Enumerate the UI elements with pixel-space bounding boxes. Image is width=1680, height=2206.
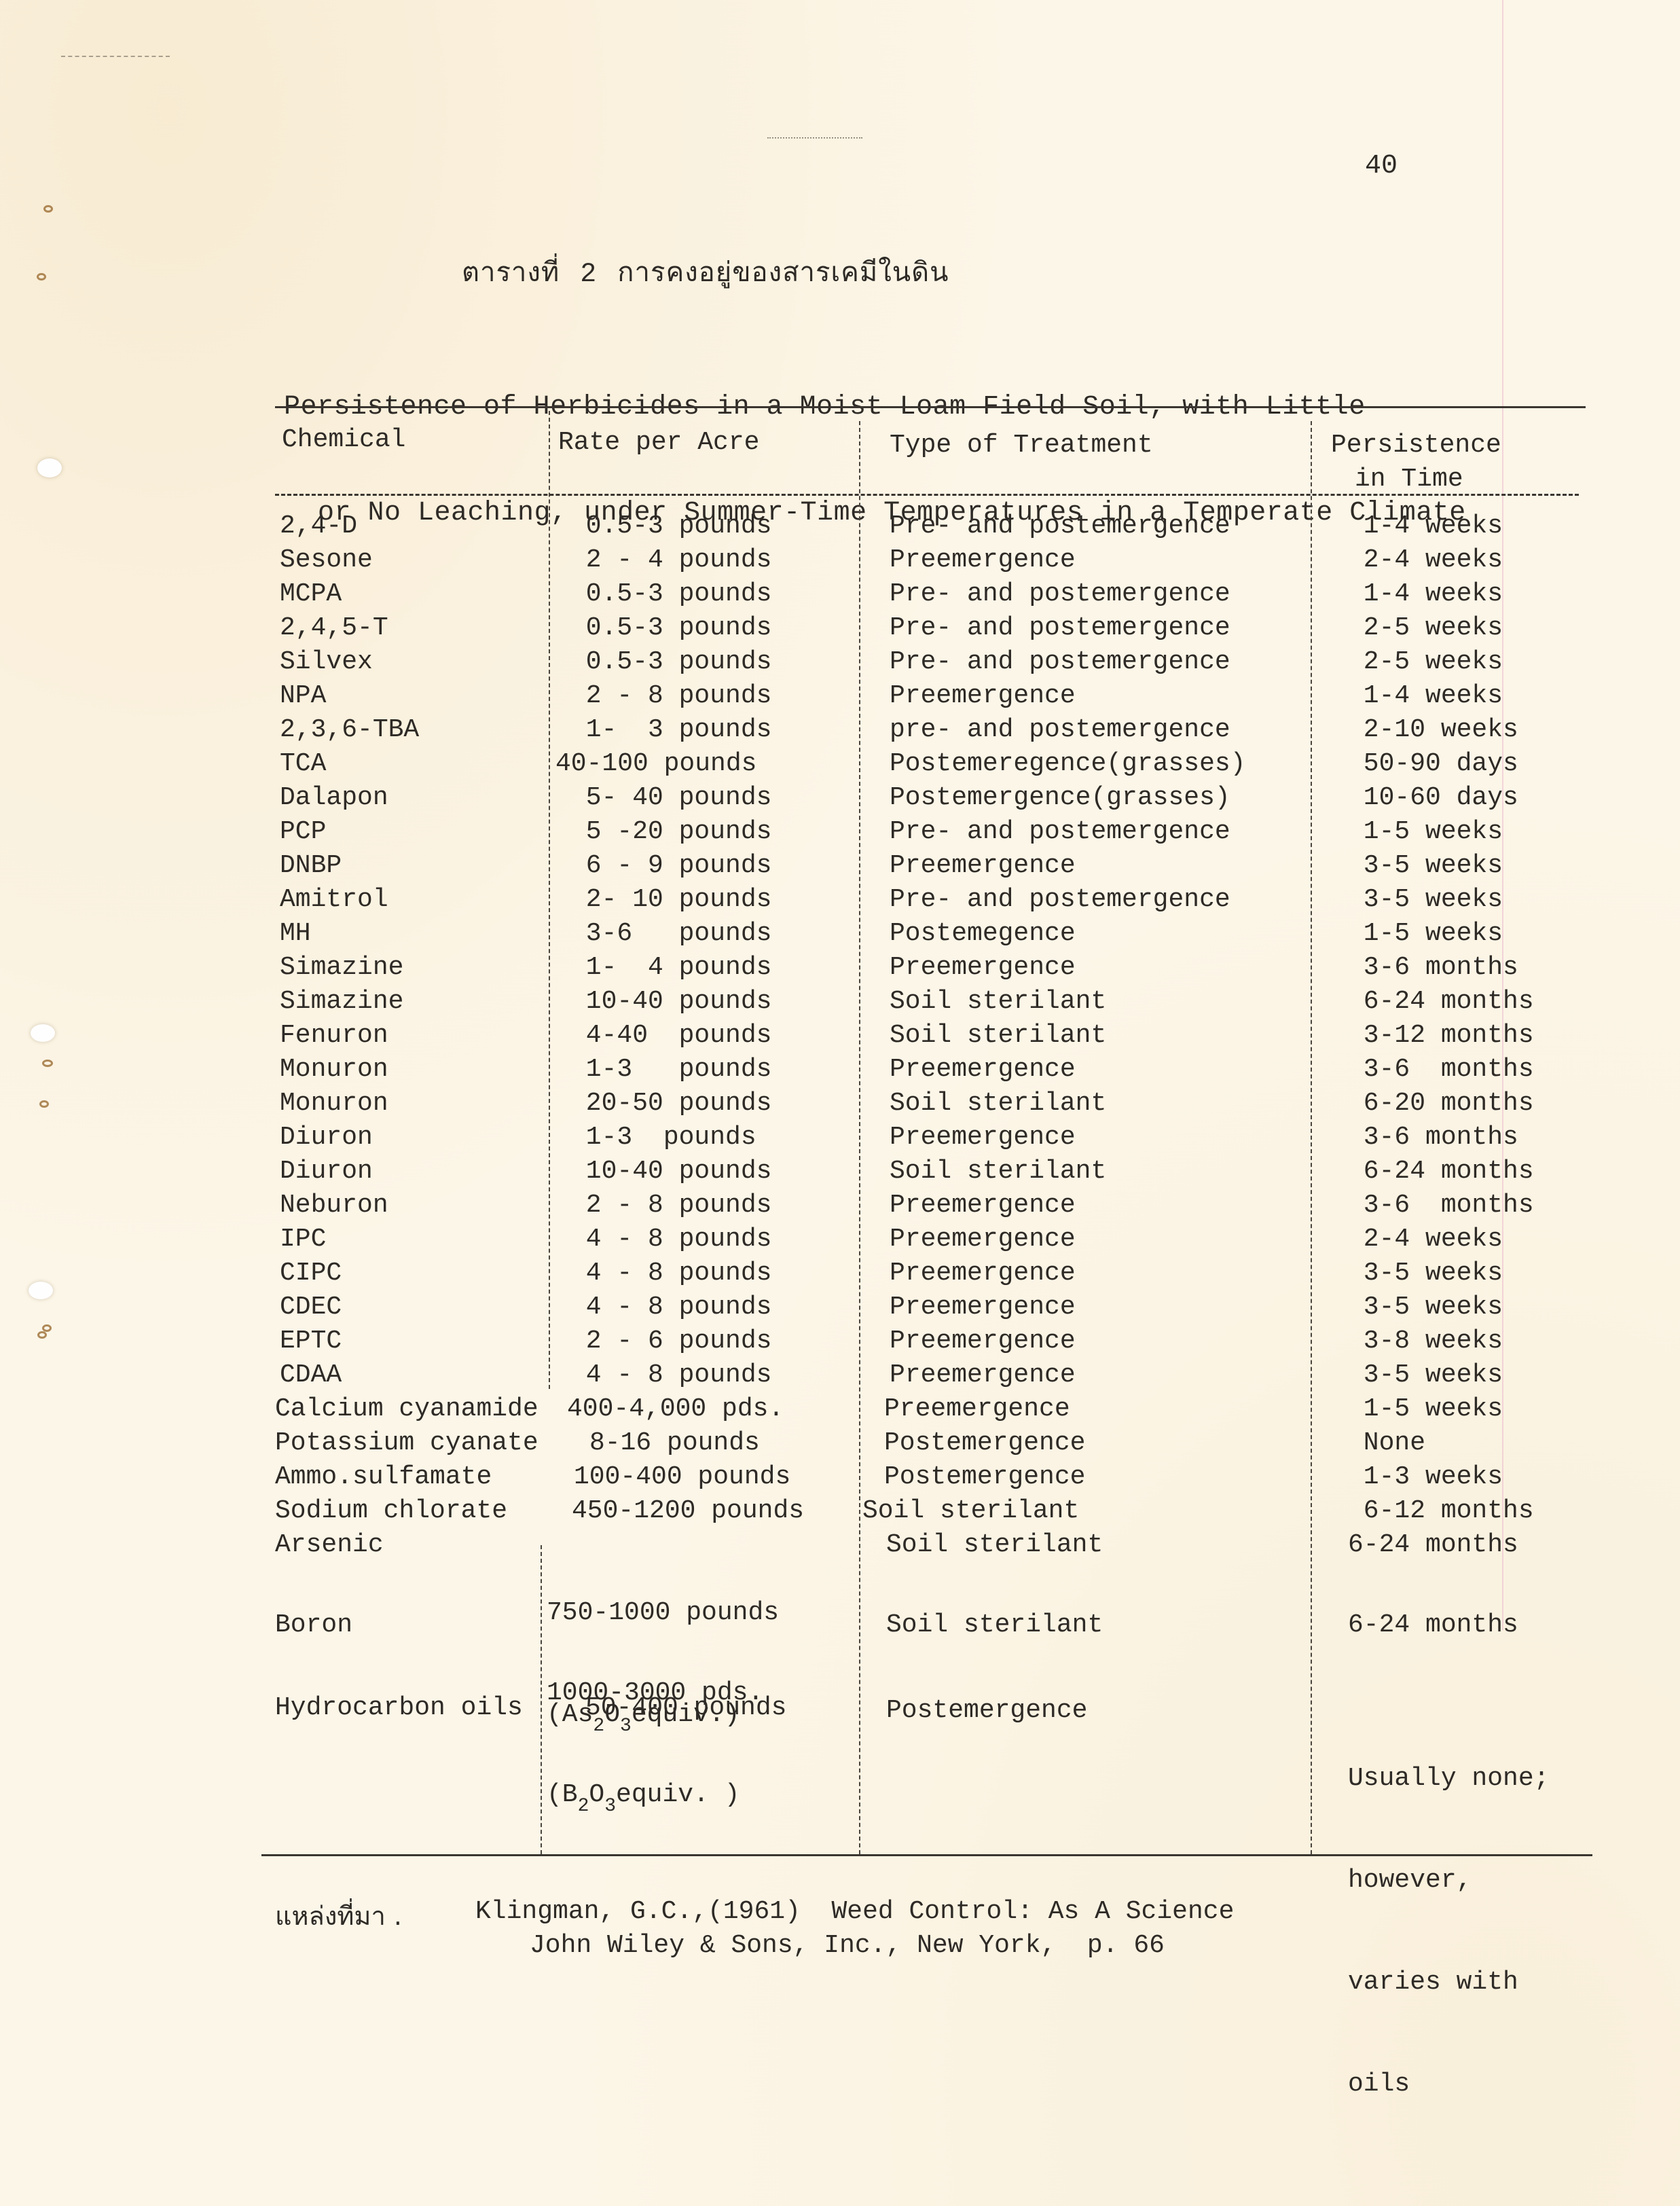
rate-cell: 0.5-3 pounds — [570, 645, 771, 679]
scanned-page: 40 ตารางที่2การคงอยู่ของสารเคมีในดิน Per… — [0, 0, 1680, 2206]
persistence-cell: 1-5 weeks — [1348, 815, 1503, 849]
persistence-cell: 2-5 weeks — [1348, 645, 1503, 679]
rate-cell: 10-40 pounds — [570, 1155, 771, 1189]
treatment-cell: Pre- and postemergence — [890, 645, 1230, 679]
rate-cell: 100-400 pounds — [574, 1460, 790, 1494]
chemical-cell: CDEC — [280, 1290, 342, 1324]
table-row: PCP 5 -20 poundsPre- and postemergence 1… — [0, 815, 1680, 849]
rate-cell: 0.5-3 pounds — [570, 577, 771, 611]
treatment-cell: Preemergence — [890, 679, 1076, 713]
table-row: Ammo.sulfamate100-400 poundsPostemergenc… — [0, 1460, 1680, 1494]
rate-cell: 1-3 pounds — [570, 1121, 756, 1155]
persistence-cell: 3-5 weeks — [1348, 1256, 1503, 1290]
rate-cell: 10-40 pounds — [570, 985, 771, 1019]
chemical-cell: MH — [280, 917, 311, 951]
persistence-cell: 6-20 months — [1348, 1087, 1534, 1121]
treatment-cell: Preemergence — [890, 849, 1076, 883]
thai-title-text: การคงอยู่ของสารเคมีในดิน — [617, 257, 949, 288]
table-row: Silvex 0.5-3 poundsPre- and postemergenc… — [0, 645, 1680, 679]
rate-cell: 2 - 6 pounds — [570, 1324, 771, 1358]
table-row: 2,4,5-T 0.5-3 poundsPre- and postemergen… — [0, 611, 1680, 645]
rate-cell: 1- 4 pounds — [570, 951, 771, 985]
source-citation-line2: John Wiley & Sons, Inc., New York, p. 66 — [530, 1929, 1165, 1963]
chemical-cell: Sesone — [280, 543, 373, 577]
source-label: แหล่งที่มา . — [275, 1895, 402, 1936]
persistence-cell: 1-5 weeks — [1348, 917, 1503, 951]
chemical-cell: Fenuron — [280, 1019, 388, 1053]
boron-chemical: Boron — [275, 1608, 352, 1642]
chemical-cell: TCA — [280, 747, 326, 781]
table-row: IPC 4 - 8 poundsPreemergence 2-4 weeks — [0, 1223, 1680, 1256]
table-row: Diuron 10-40 poundsSoil sterilant 6-24 m… — [0, 1155, 1680, 1189]
thai-table-label: ตารางที่ — [462, 257, 560, 288]
treatment-cell: Pre- and postemergence — [890, 611, 1230, 645]
chemical-cell: 2,4,5-T — [280, 611, 388, 645]
table-number: 2 — [580, 259, 597, 290]
rate-cell: 6 - 9 pounds — [570, 849, 771, 883]
chemical-cell: DNBP — [280, 849, 342, 883]
chemical-cell: Calcium cyanamide — [275, 1392, 538, 1426]
persistence-cell: 3-12 months — [1348, 1019, 1534, 1053]
rate-cell: 20-50 pounds — [570, 1087, 771, 1121]
table-row: 2,4-D 0.5-3 poundsPre- and postemergence… — [0, 509, 1680, 543]
chemical-cell: Neburon — [280, 1189, 388, 1223]
scan-artifact-mark — [767, 137, 862, 139]
treatment-cell: Preemergence — [890, 1256, 1076, 1290]
persistence-cell: 3-6 months — [1348, 1121, 1518, 1155]
rate-cell: 8-16 pounds — [589, 1426, 760, 1460]
persistence-cell: 10-60 days — [1348, 781, 1518, 815]
boron-rate-line2: (B2O3equiv. ) — [547, 1778, 763, 1814]
persistence-cell: 3-5 weeks — [1348, 883, 1503, 917]
table-row: CIPC 4 - 8 poundsPreemergence 3-5 weeks — [0, 1256, 1680, 1290]
table-row: Sesone 2 - 4 poundsPreemergence 2-4 week… — [0, 543, 1680, 577]
table-row: EPTC 2 - 6 poundsPreemergence 3-8 weeks — [0, 1324, 1680, 1358]
rate-cell: 4 - 8 pounds — [570, 1290, 771, 1324]
chemical-cell: CIPC — [280, 1256, 342, 1290]
chemical-cell: 2,3,6-TBA — [280, 713, 419, 747]
treatment-cell: Pre- and postemergence — [890, 883, 1230, 917]
treatment-cell: Soil sterilant — [890, 1019, 1106, 1053]
table-row: Potassium cyanate8-16 poundsPostemergenc… — [0, 1426, 1680, 1460]
paper-speck — [37, 273, 46, 281]
table-row: Monuron 1-3 poundsPreemergence 3-6 month… — [0, 1053, 1680, 1087]
chemical-cell: Simazine — [280, 951, 403, 985]
persistence-cell: 3-6 months — [1348, 951, 1518, 985]
rate-cell: 4 - 8 pounds — [570, 1223, 771, 1256]
chemical-cell: EPTC — [280, 1324, 342, 1358]
treatment-cell: Preemergence — [890, 1189, 1076, 1223]
treatment-cell: Preemergence — [890, 1121, 1076, 1155]
boron-persistence: 6-24 months — [1348, 1608, 1518, 1642]
header-type-of-treatment: Type of Treatment — [890, 428, 1153, 463]
source-citation-line1: Klingman, G.C.,(1961) Weed Control: As A… — [475, 1895, 1234, 1929]
hydrocarbon-rate: 50-400 pounds — [585, 1691, 786, 1725]
treatment-cell: Soil sterilant — [890, 1155, 1106, 1189]
rate-cell: 4-40 pounds — [570, 1019, 771, 1053]
persistence-cell: 1-4 weeks — [1348, 679, 1503, 713]
hydrocarbon-chemical: Hydrocarbon oils — [275, 1691, 523, 1725]
persistence-cell: 50-90 days — [1348, 747, 1518, 781]
persistence-cell: 6-24 months — [1348, 985, 1534, 1019]
table-row: NPA 2 - 8 poundsPreemergence 1-4 weeks — [0, 679, 1680, 713]
rate-cell: 1- 3 pounds — [570, 713, 771, 747]
chemical-cell: Diuron — [280, 1155, 373, 1189]
table-top-rule — [275, 406, 1586, 408]
chemical-cell: Monuron — [280, 1053, 388, 1087]
treatment-cell: Pre- and postemergence — [890, 577, 1230, 611]
rate-cell: 4 - 8 pounds — [570, 1256, 771, 1290]
punch-hole — [37, 458, 62, 477]
chemical-cell: Sodium chlorate — [275, 1494, 507, 1528]
table-row: Calcium cyanamide400-4,000 pds.Preemerge… — [0, 1392, 1680, 1426]
table-row: Monuron 20-50 poundsSoil sterilant 6-20 … — [0, 1087, 1680, 1121]
table-row: TCA40-100 poundsPostemeregence(grasses) … — [0, 747, 1680, 781]
boron-treatment: Soil sterilant — [886, 1608, 1103, 1642]
header-persistence-line2: in Time — [1355, 462, 1463, 497]
rate-cell: 5- 40 pounds — [570, 781, 771, 815]
chemical-cell: PCP — [280, 815, 326, 849]
arsenic-treatment: Soil sterilant — [886, 1528, 1103, 1562]
chemical-cell: Amitrol — [280, 883, 388, 917]
persistence-cell: 6-24 months — [1348, 1155, 1534, 1189]
rate-cell: 3-6 pounds — [570, 917, 771, 951]
persistence-cell: 3-6 months — [1348, 1189, 1534, 1223]
table-row: DNBP 6 - 9 poundsPreemergence 3-5 weeks — [0, 849, 1680, 883]
table-row: Fenuron 4-40 poundsSoil sterilant 3-12 m… — [0, 1019, 1680, 1053]
rate-cell: 0.5-3 pounds — [570, 611, 771, 645]
paper-speck — [43, 205, 53, 213]
chemical-cell: Dalapon — [280, 781, 388, 815]
persistence-cell: 2-4 weeks — [1348, 543, 1503, 577]
treatment-cell: Pre- and postemergence — [890, 815, 1230, 849]
persistence-cell: 3-5 weeks — [1348, 1290, 1503, 1324]
thai-table-title: ตารางที่2การคงอยู่ของสารเคมีในดิน — [462, 250, 949, 293]
rate-cell: 2 - 4 pounds — [570, 543, 771, 577]
treatment-cell: Soil sterilant — [862, 1494, 1079, 1528]
rate-cell: 400-4,000 pds. — [567, 1392, 784, 1426]
table-row: Amitrol 2- 10 poundsPre- and postemergen… — [0, 883, 1680, 917]
rate-cell: 2- 10 pounds — [570, 883, 771, 917]
hydrocarbon-treatment: Postemergence — [886, 1694, 1087, 1728]
treatment-cell: Preemergence — [890, 543, 1076, 577]
treatment-cell: Postemergence(grasses) — [890, 781, 1230, 815]
persistence-cell: 1-4 weeks — [1348, 509, 1503, 543]
persistence-cell: 1-3 weeks — [1348, 1460, 1503, 1494]
chemical-cell: Simazine — [280, 985, 403, 1019]
header-chemical: Chemical — [282, 422, 405, 458]
rate-cell: 450-1200 pounds — [572, 1494, 804, 1528]
column-divider — [541, 1545, 542, 1854]
scan-artifact-mark — [61, 56, 170, 57]
persistence-cell: 3-6 months — [1348, 1053, 1534, 1087]
table-row: Diuron 1-3 poundsPreemergence 3-6 months — [0, 1121, 1680, 1155]
treatment-cell: Preemergence — [890, 1358, 1076, 1392]
arsenic-persistence: 6-24 months — [1348, 1528, 1518, 1562]
rate-cell: 1-3 pounds — [570, 1053, 771, 1087]
page-number: 40 — [1365, 151, 1398, 181]
table-row: MH 3-6 poundsPostemegence 1-5 weeks — [0, 917, 1680, 951]
table-row: Simazine 1- 4 poundsPreemergence 3-6 mon… — [0, 951, 1680, 985]
chemical-cell: Potassium cyanate — [275, 1426, 538, 1460]
chemical-cell: Diuron — [280, 1121, 373, 1155]
table-row: CDAA 4 - 8 poundsPreemergence 3-5 weeks — [0, 1358, 1680, 1392]
persistence-cell: 3-5 weeks — [1348, 849, 1503, 883]
rate-cell: 2 - 8 pounds — [570, 1189, 771, 1223]
persistence-cell: 3-5 weeks — [1348, 1358, 1503, 1392]
persistence-cell: 1-5 weeks — [1348, 1392, 1503, 1426]
treatment-cell: Preemergence — [890, 1324, 1076, 1358]
rate-cell: 5 -20 pounds — [570, 815, 771, 849]
chemical-cell: Monuron — [280, 1087, 388, 1121]
chemical-cell: Ammo.sulfamate — [275, 1460, 492, 1494]
treatment-cell: Postemegence — [890, 917, 1076, 951]
rate-cell: 2 - 8 pounds — [570, 679, 771, 713]
table-row: 2,3,6-TBA 1- 3 poundspre- and postemerge… — [0, 713, 1680, 747]
table-row: Simazine 10-40 poundsSoil sterilant 6-24… — [0, 985, 1680, 1019]
rate-cell: 0.5-3 pounds — [570, 509, 771, 543]
treatment-cell: Preemergence — [890, 1053, 1076, 1087]
chemical-cell: 2,4-D — [280, 509, 357, 543]
treatment-cell: Preemergence — [890, 1223, 1076, 1256]
persistence-cell: 2-5 weeks — [1348, 611, 1503, 645]
persistence-cell: None — [1348, 1426, 1425, 1460]
persistence-cell: 1-4 weeks — [1348, 577, 1503, 611]
persistence-cell: 2-10 weeks — [1348, 713, 1518, 747]
boron-rate: 1000-3000 pds. (B2O3equiv. ) — [547, 1608, 763, 1882]
table-row: Dalapon 5- 40 poundsPostemergence(grasse… — [0, 781, 1680, 815]
table-row: Sodium chlorate450-1200 poundsSoil steri… — [0, 1494, 1680, 1528]
persistence-cell: 6-12 months — [1348, 1494, 1534, 1528]
treatment-cell: Preemergence — [890, 1290, 1076, 1324]
table-row: Neburon 2 - 8 poundsPreemergence 3-6 mon… — [0, 1189, 1680, 1223]
chemical-cell: CDAA — [280, 1358, 342, 1392]
chemical-cell: MCPA — [280, 577, 342, 611]
rate-cell: 4 - 8 pounds — [570, 1358, 771, 1392]
table-row: CDEC 4 - 8 poundsPreemergence 3-5 weeks — [0, 1290, 1680, 1324]
rate-cell: 40-100 pounds — [555, 747, 756, 781]
chemical-cell: NPA — [280, 679, 326, 713]
treatment-cell: Soil sterilant — [890, 1087, 1106, 1121]
table-row: MCPA 0.5-3 poundsPre- and postemergence … — [0, 577, 1680, 611]
chemical-cell: Silvex — [280, 645, 373, 679]
persistence-cell: 3-8 weeks — [1348, 1324, 1503, 1358]
hydrocarbon-persistence: Usually none; however, varies with oils — [1348, 1694, 1549, 2169]
arsenic-chemical: Arsenic — [275, 1528, 384, 1562]
treatment-cell: Postemergence — [884, 1426, 1085, 1460]
header-persistence: Persistence — [1331, 428, 1501, 463]
chemical-cell: IPC — [280, 1223, 326, 1256]
treatment-cell: pre- and postemergence — [890, 713, 1230, 747]
treatment-cell: Preemergence — [884, 1392, 1070, 1426]
treatment-cell: Postemeregence(grasses) — [890, 747, 1246, 781]
treatment-cell: Preemergence — [890, 951, 1076, 985]
header-rate-per-acre: Rate per Acre — [558, 425, 759, 460]
treatment-cell: Postemergence — [884, 1460, 1085, 1494]
treatment-cell: Soil sterilant — [890, 985, 1106, 1019]
persistence-cell: 2-4 weeks — [1348, 1223, 1503, 1256]
treatment-cell: Pre- and postemergence — [890, 509, 1230, 543]
